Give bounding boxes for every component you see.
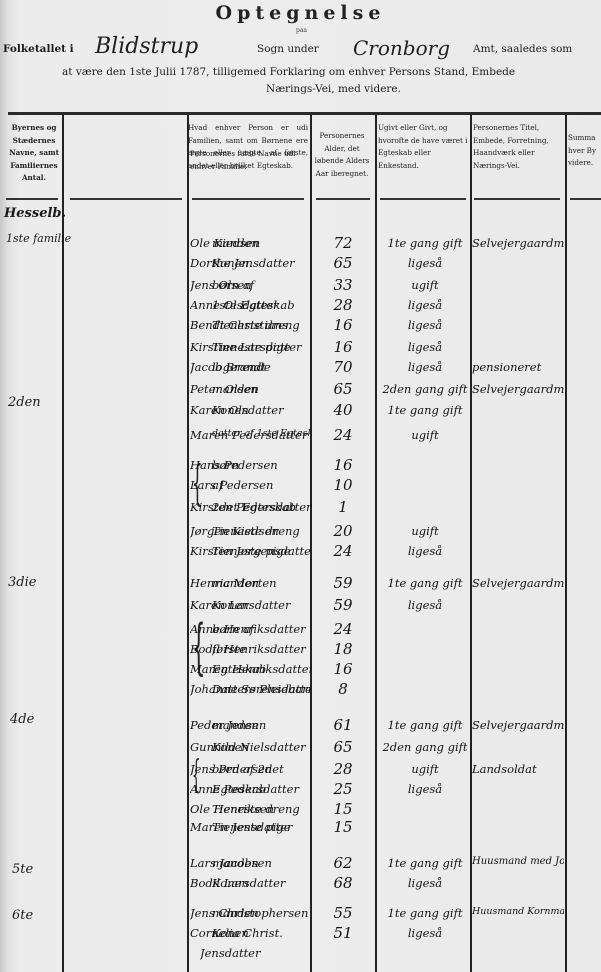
occupation: Landsoldat — [472, 762, 564, 776]
person-age: 16 — [314, 660, 372, 678]
family-role: Tieneste dreng — [212, 524, 310, 538]
header-underline — [316, 198, 370, 200]
table-row: Ole Kiedsen manden 72 1te gang gift Selv… — [0, 236, 601, 254]
table-row: Maren Jensdatter Tieneste pige 15 — [0, 820, 601, 838]
column-header-summa: Summa hver By videre. — [568, 132, 601, 170]
table-row: Karen Larsdatter Konen 59 ligeså — [0, 598, 601, 616]
person-age: 28 — [314, 760, 372, 778]
person-age: 16 — [314, 316, 372, 334]
table-row: Kirstine Larsdatter Tieneste pige 16 lig… — [0, 340, 601, 358]
family-role: manden — [212, 906, 310, 920]
person-age: 15 — [314, 818, 372, 836]
family-role: manden — [212, 718, 310, 732]
occupation: Huusmand med Jord — [472, 856, 564, 867]
marital-status: ugift — [380, 428, 470, 442]
family-role: manden — [212, 382, 310, 396]
person-age: 40 — [314, 401, 372, 419]
marital-status: 1te gang gift — [380, 576, 470, 590]
marital-status: ugift — [380, 278, 470, 292]
table-row: Anne Pedersdatter Egteskab 25 ligeså — [0, 782, 601, 800]
marital-status: ligeså — [380, 318, 470, 332]
person-age: 59 — [314, 596, 372, 614]
person-age: 51 — [314, 924, 372, 942]
person-age: 24 — [314, 620, 372, 638]
occupation: pensioneret — [472, 360, 564, 374]
person-age: 65 — [314, 738, 372, 756]
table-row: Maren Henriksdatter Egteskab 16 — [0, 662, 601, 680]
table-row: Jens Pedersen børn af 2det 28 ugift Land… — [0, 762, 601, 780]
census-page: Optegnelse paa Folketallet i Blidstrup S… — [0, 0, 601, 972]
header-underline — [70, 198, 182, 200]
person-age: 62 — [314, 854, 372, 872]
table-row: Lars Jacobsen manden 62 1te gang gift Hu… — [0, 856, 601, 874]
header-underline — [192, 198, 304, 200]
table-row: Ole Henriksen Tieneste dreng 15 — [0, 802, 601, 820]
table-row: Jens Christophersen manden 55 1te gang g… — [0, 906, 601, 924]
occupation: Selvejergaardm. — [472, 718, 564, 732]
family-role: Tieneste pige — [212, 340, 310, 354]
marital-status: ligeså — [380, 876, 470, 890]
marital-status: 1te gang gift — [380, 236, 470, 250]
heading-line-1: Folketallet i Blidstrup Sogn under Cronb… — [3, 38, 601, 60]
person-age: 16 — [314, 456, 372, 474]
table-row: Anne Olsdatter 1ste Egteskab 28 ligeså — [0, 298, 601, 316]
table-row: Peter Olsen manden 65 2den gang gift Sel… — [0, 382, 601, 400]
amt-suffix-label: Amt, saaledes som — [473, 43, 572, 55]
person-age: 70 — [314, 358, 372, 376]
person-age: 18 — [314, 640, 372, 658]
family-role: børn af 2det — [212, 762, 310, 776]
family-role: Tieneste pige — [212, 544, 310, 558]
occupation: Selvejergaardm. — [472, 382, 564, 396]
table-row: Henric Morten manden 59 1te gang gift Se… — [0, 576, 601, 594]
table-row: Jørgen Kiedsen Tieneste dreng 20 ugift — [0, 524, 601, 542]
table-row: Kirsten Pedersdatter 2det Egteskab 1 — [0, 500, 601, 518]
heading-line-2: at være den 1ste Julii 1787, tilligemed … — [62, 66, 515, 78]
village-label: Hesselb. — [4, 206, 66, 221]
table-row: Peder Jensen manden 61 1te gang gift Sel… — [0, 718, 601, 736]
marital-status: ligeså — [380, 256, 470, 270]
table-row: Jensdatter — [0, 946, 601, 964]
occupation: Selvejergaardm. — [472, 236, 564, 250]
column-header-family-role: Hvad enhver Person er udi Familien, samt… — [188, 122, 308, 172]
family-role: Konen — [212, 403, 310, 417]
family-role: første — [212, 642, 310, 656]
person-age: 33 — [314, 276, 372, 294]
person-age: 65 — [314, 380, 372, 398]
family-role: Konen — [212, 740, 310, 754]
family-role: 1ste Egteskab — [212, 298, 310, 312]
table-row: Bodil Larsdatter Konen 68 ligeså — [0, 876, 601, 894]
marital-status: 1te gang gift — [380, 906, 470, 920]
marital-status: ligeså — [380, 782, 470, 796]
family-role: Egteskab — [212, 782, 310, 796]
family-role: datter af 1ste Egteskab — [212, 428, 310, 439]
marital-status: ligeså — [380, 926, 470, 940]
family-role: Egteskab — [212, 662, 310, 676]
marital-status: ligeså — [380, 360, 470, 374]
marital-status: 1te gang gift — [380, 718, 470, 732]
family-role: Konen — [212, 256, 310, 270]
family-role: manden — [212, 236, 310, 250]
heading-line-3: Nærings-Vei, med videre. — [266, 83, 401, 95]
family-role: logerende — [212, 360, 310, 374]
family-role: Tieneste dreng — [212, 318, 310, 332]
header-underline — [474, 198, 560, 200]
person-age: 15 — [314, 800, 372, 818]
family-role: Konen — [212, 926, 310, 940]
table-row: Dorthe Jensdatter Konen 65 ligeså — [0, 256, 601, 274]
marital-status: 2den gang gift — [380, 382, 470, 396]
table-row: Bendt Christians. Tieneste dreng 16 lige… — [0, 318, 601, 336]
family-role: manden — [212, 856, 310, 870]
table-row: Kirsten Jørgensdatter Tieneste pige 24 l… — [0, 544, 601, 562]
family-role: manden — [212, 576, 310, 590]
family-role: Datters Pleiebarn — [212, 682, 310, 696]
person-age: 59 — [314, 574, 372, 592]
marital-status: ugift — [380, 524, 470, 538]
person-age: 1 — [314, 498, 372, 516]
marital-status: ligeså — [380, 544, 470, 558]
table-row: Johanne Sørensdatter Datters Pleiebarn 8 — [0, 682, 601, 700]
table-row: Jacob Brandt logerende 70 ligeså pension… — [0, 360, 601, 378]
person-age: 24 — [314, 426, 372, 444]
parish-name-handwritten: Blidstrup — [95, 34, 198, 59]
family-role: børn af — [212, 622, 310, 636]
table-row: Hans Pedersen børn 16 — [0, 458, 601, 476]
family-role: Konen — [212, 876, 310, 890]
person-age: 20 — [314, 522, 372, 540]
family-role: 2det Egteskab — [212, 500, 310, 514]
marital-status: 2den gang gift — [380, 740, 470, 754]
family-role: børn af — [212, 278, 310, 292]
table-row: Maren Pedersdatter datter af 1ste Egtesk… — [0, 428, 601, 446]
family-role: Konen — [212, 598, 310, 612]
document-title: Optegnelse — [0, 2, 601, 24]
paa-text: paa — [296, 27, 307, 34]
marital-status: ligeså — [380, 298, 470, 312]
family-role: Tieneste pige — [212, 820, 310, 834]
sogn-under-label: Sogn under — [257, 43, 319, 55]
column-header-villages: Byernes og Stædernes Navne, samt Familie… — [6, 122, 62, 185]
marital-status: ugift — [380, 762, 470, 776]
person-age: 8 — [314, 680, 372, 698]
table-row: Gunnild Nielsdatter Konen 65 2den gang g… — [0, 740, 601, 758]
column-header-age: Personernes Alder, det løbende Alders Aa… — [312, 130, 372, 180]
person-age: 55 — [314, 904, 372, 922]
table-row: Jens Olsen børn af 33 ugift — [0, 278, 601, 296]
table-row: Cornelia Christ. Konen 51 ligeså — [0, 926, 601, 944]
family-role: Tieneste dreng — [212, 802, 310, 816]
occupation: Selvejergaardm. — [472, 576, 564, 590]
person-age: 68 — [314, 874, 372, 892]
person-age: 72 — [314, 234, 372, 252]
person-age: 24 — [314, 542, 372, 560]
marital-status: ligeså — [380, 340, 470, 354]
header-underline — [570, 198, 601, 200]
person-age: 28 — [314, 296, 372, 314]
header-underline — [6, 198, 58, 200]
person-age: 10 — [314, 476, 372, 494]
marital-status: 1te gang gift — [380, 403, 470, 417]
folketallet-label: Folketallet i — [3, 43, 74, 55]
person-age: 61 — [314, 716, 372, 734]
table-row: Bodil Henriksdatter første 18 — [0, 642, 601, 660]
table-row: Anne Henriksdatter børn af 24 — [0, 622, 601, 640]
table-row: Lars Pedersen af 10 — [0, 478, 601, 496]
top-rule — [8, 112, 601, 115]
person-age: 16 — [314, 338, 372, 356]
person-name: Jensdatter — [200, 946, 322, 960]
marital-status: ligeså — [380, 598, 470, 612]
person-age: 65 — [314, 254, 372, 272]
column-header-title: Personernes Titel, Embede, Forretning, H… — [473, 122, 563, 172]
column-header-marital: Ugivt eller Givt, og hvorofte de have væ… — [378, 122, 468, 172]
table-row: Karen Olsdatter Konen 40 1te gang gift — [0, 403, 601, 421]
amt-name-handwritten: Cronborg — [353, 36, 450, 60]
occupation: Huusmand Kornmager — [472, 906, 564, 917]
header-underline — [380, 198, 466, 200]
family-role: børn — [212, 458, 310, 472]
family-role: af — [212, 478, 310, 492]
person-age: 25 — [314, 780, 372, 798]
marital-status: 1te gang gift — [380, 856, 470, 870]
